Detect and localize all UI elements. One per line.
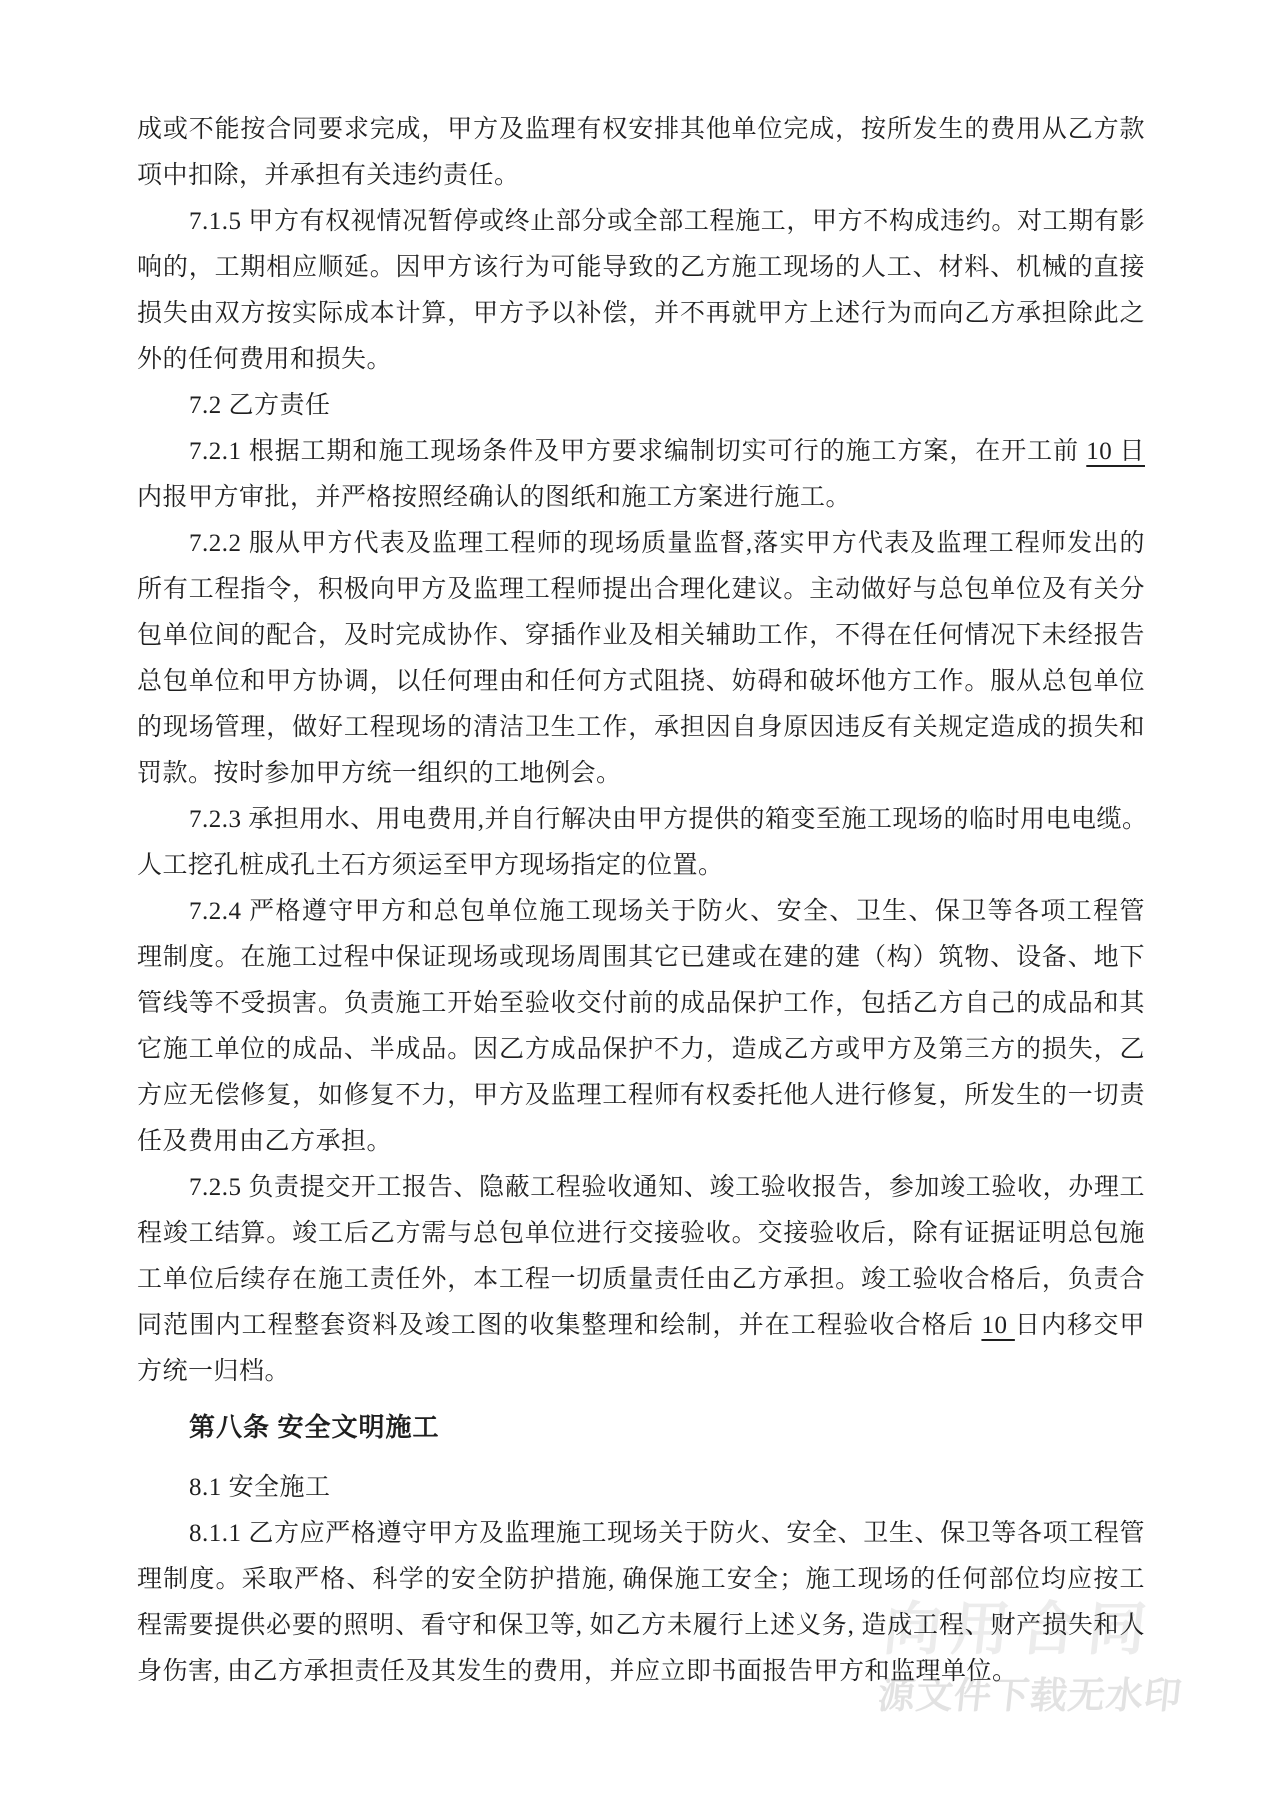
text-segment: 总包单位和甲方协调，以任何理由和任何方式阻挠、妨碍和破坏他方工作。服从总包单位: [137, 668, 1145, 695]
document-line: 包单位间的配合，及时完成协作、穿插作业及相关辅助工作，不得在任何情况下未经报告: [137, 613, 1145, 659]
text-segment: 7.2 乙方责任: [189, 392, 331, 419]
text-segment: 它施工单位的成品、半成品。因乙方成品保护不力，造成乙方或甲方及第三方的损失，乙: [137, 1036, 1145, 1063]
text-segment: 外的任何费用和损失。: [137, 346, 392, 373]
document-line: 7.2 乙方责任: [137, 383, 1145, 429]
document-line: 身伤害, 由乙方承担责任及其发生的费用，并应立即书面报告甲方和监理单位。: [137, 1649, 1145, 1695]
text-segment: 7.2.4 严格遵守甲方和总包单位施工现场关于防火、安全、卫生、保卫等各项工程管: [189, 898, 1145, 925]
text-segment: 7.2.3 承担用水、用电费用,并自行解决由甲方提供的箱变至施工现场的临时用电电…: [189, 806, 1148, 833]
text-segment: 第八条 安全文明施工: [189, 1413, 440, 1442]
text-segment: 方应无偿修复，如修复不力，甲方及监理工程师有权委托他人进行修复，所发生的一切责: [137, 1082, 1145, 1109]
document-line: 理制度。在施工过程中保证现场或现场周围其它已建或在建的建（构）筑物、设备、地下: [137, 935, 1145, 981]
document-line: 外的任何费用和损失。: [137, 337, 1145, 383]
text-segment: 7.1.5 甲方有权视情况暂停或终止部分或全部工程施工，甲方不构成违约。对工期有…: [189, 208, 1145, 235]
text-segment: 同范围内工程整套资料及竣工图的收集整理和绘制，并在工程验收合格后: [137, 1312, 981, 1339]
text-segment: 7.2.5 负责提交开工报告、隐蔽工程验收通知、竣工验收报告，参加竣工验收，办理…: [189, 1174, 1145, 1201]
document-line: 人工挖孔桩成孔土石方须运至甲方现场指定的位置。: [137, 843, 1145, 889]
document-line: 罚款。按时参加甲方统一组织的工地例会。: [137, 751, 1145, 797]
document-line: 总包单位和甲方协调，以任何理由和任何方式阻挠、妨碍和破坏他方工作。服从总包单位: [137, 659, 1145, 705]
document-line: 7.2.3 承担用水、用电费用,并自行解决由甲方提供的箱变至施工现场的临时用电电…: [137, 797, 1145, 843]
document-line: 项中扣除，并承担有关违约责任。: [137, 153, 1145, 199]
document-line: 7.2.5 负责提交开工报告、隐蔽工程验收通知、竣工验收报告，参加竣工验收，办理…: [137, 1165, 1145, 1211]
text-segment: 7.2.1 根据工期和施工现场条件及甲方要求编制切实可行的施工方案，在开工前: [189, 438, 1086, 465]
document-line: 程需要提供必要的照明、看守和保卫等, 如乙方未履行上述义务, 造成工程、财产损失…: [137, 1603, 1145, 1649]
text-segment: 7.2.2 服从甲方代表及监理工程师的现场质量监督,落实甲方代表及监理工程师发出…: [189, 530, 1145, 557]
text-segment: 响的，工期相应顺延。因甲方该行为可能导致的乙方施工现场的人工、材料、机械的直接: [137, 254, 1145, 281]
document-line: 它施工单位的成品、半成品。因乙方成品保护不力，造成乙方或甲方及第三方的损失，乙: [137, 1027, 1145, 1073]
document-line: 程竣工结算。竣工后乙方需与总包单位进行交接验收。交接验收后，除有证据证明总包施: [137, 1211, 1145, 1257]
document-line: 响的，工期相应顺延。因甲方该行为可能导致的乙方施工现场的人工、材料、机械的直接: [137, 245, 1145, 291]
text-segment: 工单位后续存在施工责任外，本工程一切质量责任由乙方承担。竣工验收合格后，负责合: [137, 1266, 1145, 1293]
document-line: 7.2.4 严格遵守甲方和总包单位施工现场关于防火、安全、卫生、保卫等各项工程管: [137, 889, 1145, 935]
document-line: 7.2.2 服从甲方代表及监理工程师的现场质量监督,落实甲方代表及监理工程师发出…: [137, 521, 1145, 567]
text-segment: 身伤害, 由乙方承担责任及其发生的费用，并应立即书面报告甲方和监理单位。: [137, 1658, 1018, 1685]
text-segment: 任及费用由乙方承担。: [137, 1128, 392, 1155]
document-line: 所有工程指令，积极向甲方及监理工程师提出合理化建议。主动做好与总包单位及有关分: [137, 567, 1145, 613]
document-page: 向用合同 源文件下载无水印 成或不能按合同要求完成，甲方及监理有权安排其他单位完…: [0, 0, 1280, 1810]
document-line: 7.2.1 根据工期和施工现场条件及甲方要求编制切实可行的施工方案，在开工前 1…: [137, 429, 1145, 475]
document-line: 8.1.1 乙方应严格遵守甲方及监理施工现场关于防火、安全、卫生、保卫等各项工程…: [137, 1511, 1145, 1557]
document-line: 成或不能按合同要求完成，甲方及监理有权安排其他单位完成，按所发生的费用从乙方款: [137, 107, 1145, 153]
section-heading: 第八条 安全文明施工: [137, 1405, 1145, 1451]
text-segment: 项中扣除，并承担有关违约责任。: [137, 162, 520, 189]
underlined-text: 10 日: [1086, 438, 1145, 465]
document-line: 方统一归档。: [137, 1349, 1145, 1395]
text-segment: 程需要提供必要的照明、看守和保卫等, 如乙方未履行上述义务, 造成工程、财产损失…: [137, 1612, 1145, 1639]
text-segment: 成或不能按合同要求完成，甲方及监理有权安排其他单位完成，按所发生的费用从乙方款: [137, 116, 1145, 143]
text-segment: 包单位间的配合，及时完成协作、穿插作业及相关辅助工作，不得在任何情况下未经报告: [137, 622, 1145, 649]
text-segment: 管线等不受损害。负责施工开始至验收交付前的成品保护工作，包括乙方自己的成品和其: [137, 990, 1145, 1017]
document-line: 工单位后续存在施工责任外，本工程一切质量责任由乙方承担。竣工验收合格后，负责合: [137, 1257, 1145, 1303]
text-segment: 8.1.1 乙方应严格遵守甲方及监理施工现场关于防火、安全、卫生、保卫等各项工程…: [189, 1520, 1145, 1547]
document-body: 成或不能按合同要求完成，甲方及监理有权安排其他单位完成，按所发生的费用从乙方款项…: [137, 107, 1145, 1695]
document-line: 8.1 安全施工: [137, 1465, 1145, 1511]
document-line: 管线等不受损害。负责施工开始至验收交付前的成品保护工作，包括乙方自己的成品和其: [137, 981, 1145, 1027]
document-line: 损失由双方按实际成本计算，甲方予以补偿，并不再就甲方上述行为而向乙方承担除此之: [137, 291, 1145, 337]
text-segment: 的现场管理，做好工程现场的清洁卫生工作，承担因自身原因违反有关规定造成的损失和: [137, 714, 1145, 741]
text-segment: 理制度。采取严格、科学的安全防护措施, 确保施工安全；施工现场的任何部位均应按工: [137, 1566, 1145, 1593]
underlined-text: 10: [981, 1312, 1014, 1339]
document-line: 内报甲方审批，并严格按照经确认的图纸和施工方案进行施工。: [137, 475, 1145, 521]
text-segment: 日内移交甲: [1015, 1312, 1145, 1339]
text-segment: 理制度。在施工过程中保证现场或现场周围其它已建或在建的建（构）筑物、设备、地下: [137, 944, 1145, 971]
text-segment: 损失由双方按实际成本计算，甲方予以补偿，并不再就甲方上述行为而向乙方承担除此之: [137, 300, 1145, 327]
document-line: 理制度。采取严格、科学的安全防护措施, 确保施工安全；施工现场的任何部位均应按工: [137, 1557, 1145, 1603]
text-segment: 方统一归档。: [137, 1358, 290, 1385]
text-segment: 程竣工结算。竣工后乙方需与总包单位进行交接验收。交接验收后，除有证据证明总包施: [137, 1220, 1145, 1247]
document-line: 方应无偿修复，如修复不力，甲方及监理工程师有权委托他人进行修复，所发生的一切责: [137, 1073, 1145, 1119]
document-line: 同范围内工程整套资料及竣工图的收集整理和绘制，并在工程验收合格后 10 日内移交…: [137, 1303, 1145, 1349]
document-line: 7.1.5 甲方有权视情况暂停或终止部分或全部工程施工，甲方不构成违约。对工期有…: [137, 199, 1145, 245]
text-segment: 人工挖孔桩成孔土石方须运至甲方现场指定的位置。: [137, 852, 724, 879]
text-segment: 所有工程指令，积极向甲方及监理工程师提出合理化建议。主动做好与总包单位及有关分: [137, 576, 1145, 603]
text-segment: 罚款。按时参加甲方统一组织的工地例会。: [137, 760, 622, 787]
text-segment: 内报甲方审批，并严格按照经确认的图纸和施工方案进行施工。: [137, 484, 851, 511]
document-line: 的现场管理，做好工程现场的清洁卫生工作，承担因自身原因违反有关规定造成的损失和: [137, 705, 1145, 751]
text-segment: 8.1 安全施工: [189, 1474, 331, 1501]
document-line: 任及费用由乙方承担。: [137, 1119, 1145, 1165]
